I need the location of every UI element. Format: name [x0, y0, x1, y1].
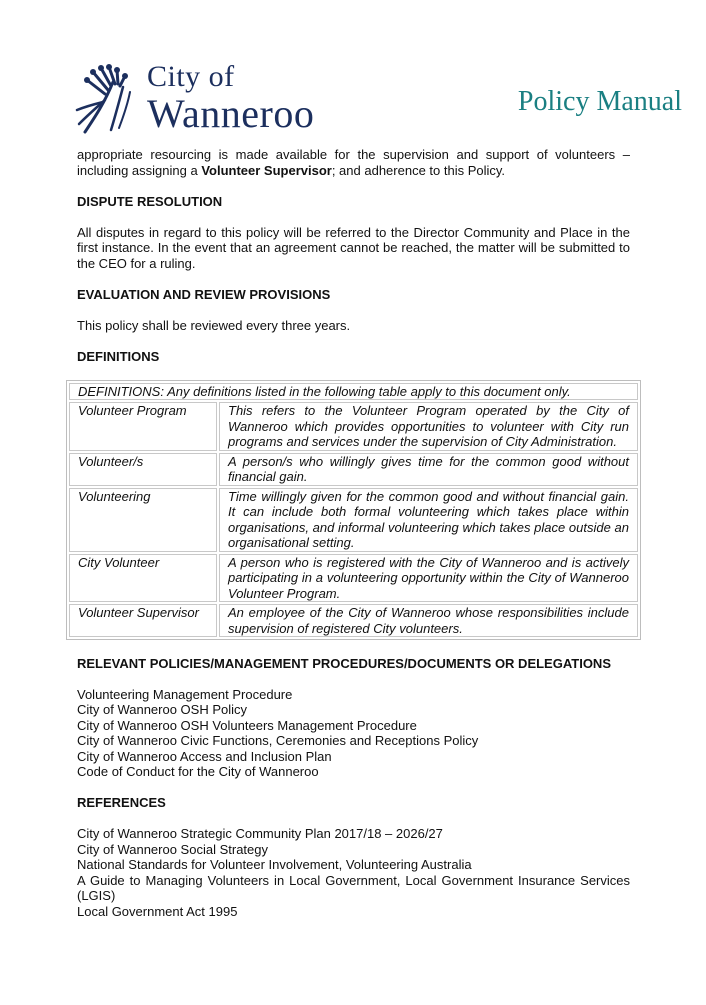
evaluation-heading: EVALUATION AND REVIEW PROVISIONS — [77, 287, 630, 303]
table-row: City Volunteer A person who is registere… — [69, 554, 638, 603]
definition-term: Volunteer Program — [69, 402, 217, 451]
list-item: City of Wanneroo Access and Inclusion Pl… — [77, 749, 630, 765]
dispute-heading: DISPUTE RESOLUTION — [77, 194, 630, 210]
intro-paragraph: appropriate resourcing is made available… — [77, 147, 630, 178]
definition-text: An employee of the City of Wanneroo whos… — [219, 604, 638, 637]
document-body: appropriate resourcing is made available… — [77, 147, 630, 919]
list-item: City of Wanneroo OSH Volunteers Manageme… — [77, 718, 630, 734]
definitions-table: DEFINITIONS: Any definitions listed in t… — [66, 380, 641, 641]
evaluation-body: This policy shall be reviewed every thre… — [77, 318, 630, 334]
relevant-heading: RELEVANT POLICIES/MANAGEMENT PROCEDURES/… — [77, 656, 630, 672]
references-list: City of Wanneroo Strategic Community Pla… — [77, 826, 630, 919]
list-item: City of Wanneroo Social Strategy — [77, 842, 630, 858]
definition-term: City Volunteer — [69, 554, 217, 603]
city-logo: City of Wanneroo — [75, 62, 325, 137]
logo-city-of: City of — [147, 60, 235, 94]
intro-text-end: ; and adherence to this Policy. — [332, 163, 505, 178]
list-item: City of Wanneroo OSH Policy — [77, 702, 630, 718]
intro-bold-term: Volunteer Supervisor — [201, 163, 332, 178]
list-item: A Guide to Managing Volunteers in Local … — [77, 873, 630, 904]
logo-wanneroo: Wanneroo — [147, 90, 314, 137]
dispute-body: All disputes in regard to this policy wi… — [77, 225, 630, 272]
list-item: Local Government Act 1995 — [77, 904, 630, 920]
definition-text: Time willingly given for the common good… — [219, 488, 638, 552]
table-caption: DEFINITIONS: Any definitions listed in t… — [69, 383, 638, 401]
definition-text: A person/s who willingly gives time for … — [219, 453, 638, 486]
list-item: City of Wanneroo Strategic Community Pla… — [77, 826, 630, 842]
list-item: City of Wanneroo Civic Functions, Ceremo… — [77, 733, 630, 749]
kangaroo-paw-icon — [75, 62, 145, 134]
relevant-list: Volunteering Management Procedure City o… — [77, 687, 630, 780]
definition-term: Volunteer Supervisor — [69, 604, 217, 637]
definition-term: Volunteer/s — [69, 453, 217, 486]
definition-text: This refers to the Volunteer Program ope… — [219, 402, 638, 451]
definitions-heading: DEFINITIONS — [77, 349, 630, 365]
list-item: National Standards for Volunteer Involve… — [77, 857, 630, 873]
definition-text: A person who is registered with the City… — [219, 554, 638, 603]
list-item: Code of Conduct for the City of Wanneroo — [77, 764, 630, 780]
table-row: Volunteer Supervisor An employee of the … — [69, 604, 638, 637]
list-item: Volunteering Management Procedure — [77, 687, 630, 703]
definition-term: Volunteering — [69, 488, 217, 552]
table-row: Volunteer/s A person/s who willingly giv… — [69, 453, 638, 486]
table-row: Volunteer Program This refers to the Vol… — [69, 402, 638, 451]
table-caption-row: DEFINITIONS: Any definitions listed in t… — [69, 383, 638, 401]
policy-manual-title: Policy Manual — [518, 86, 682, 118]
references-heading: REFERENCES — [77, 795, 630, 811]
page-header: City of Wanneroo Policy Manual — [0, 0, 706, 140]
table-row: Volunteering Time willingly given for th… — [69, 488, 638, 552]
